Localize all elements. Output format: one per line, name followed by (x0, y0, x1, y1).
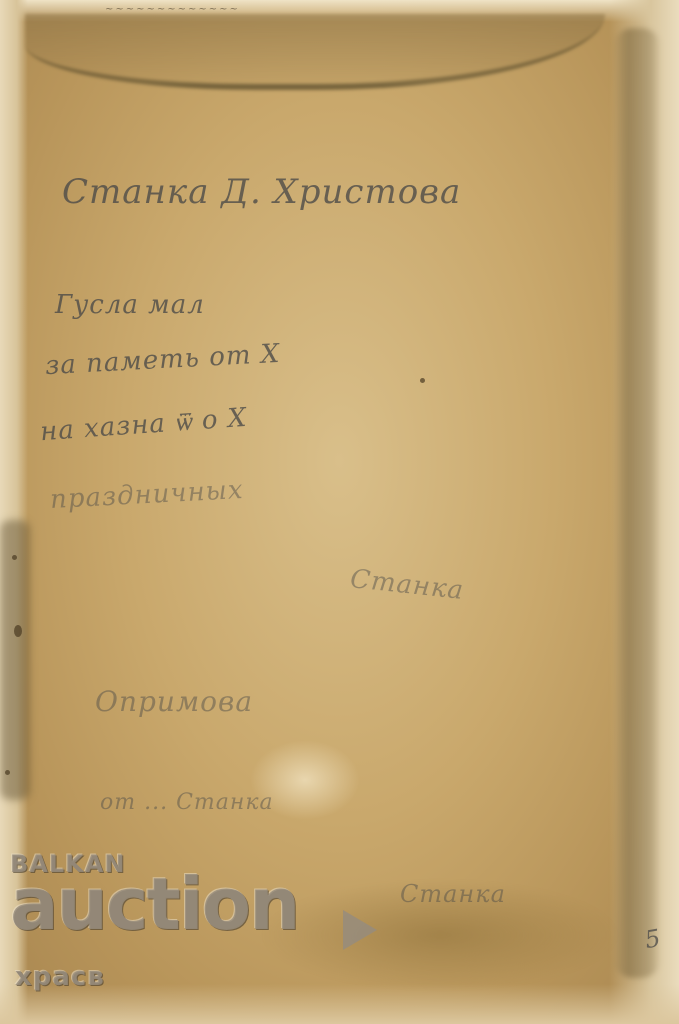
handwriting-line-2: Гусла мал (55, 290, 205, 320)
play-arrow-icon (343, 910, 377, 950)
handwriting-line-5: праздничных (49, 475, 244, 515)
handwriting-line-3: за паметь от Х (44, 339, 281, 381)
handwriting-line-4: на хазна ѿ о Х (39, 403, 248, 447)
watermark-subtext: храсв (15, 962, 105, 992)
handwriting-line-7: Опримова (95, 685, 253, 718)
water-stain-left (0, 520, 30, 800)
handwriting-line-1: Станка Д. Христова (62, 172, 461, 212)
top-strip-text: ~~~~~~~~~~~~~ (105, 4, 240, 15)
ink-spot (14, 625, 22, 637)
ink-spot (12, 555, 17, 560)
water-stain-right (613, 28, 661, 978)
handwriting-line-8: от ... Станка (100, 790, 274, 815)
ink-spot (420, 378, 425, 383)
ink-spot (5, 770, 10, 775)
document-scan: ~~~~~~~~~~~~~ Станка Д. Христова Гусла м… (0, 0, 679, 1024)
handwriting-line-9: Станка (400, 880, 506, 908)
water-stain-top (25, 14, 605, 90)
handwriting-line-6: Станка (349, 564, 466, 606)
watermark-auction: auction (10, 868, 298, 940)
